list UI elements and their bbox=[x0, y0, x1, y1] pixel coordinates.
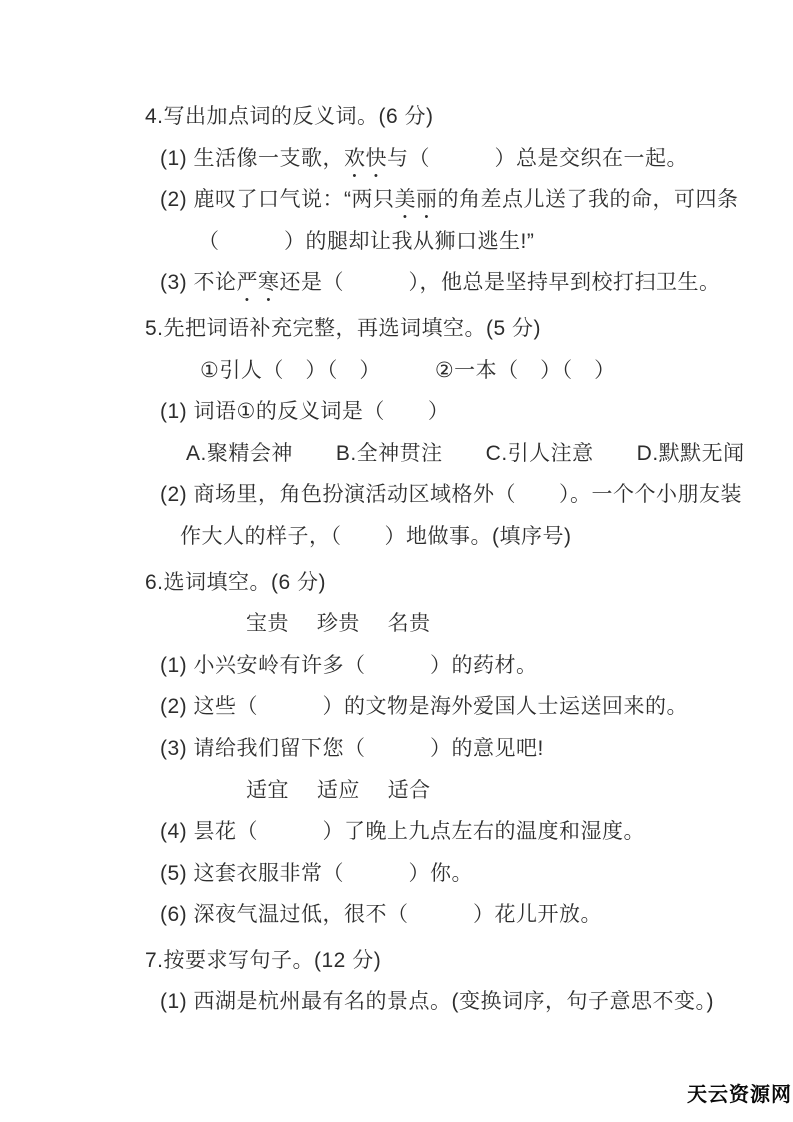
text-segment: (1) 生活像一支歌， bbox=[160, 147, 344, 170]
text-segment: 5.先把词语补充完整，再选词填空。(5 分) bbox=[145, 317, 541, 340]
text-segment: (2) 这些（ ）的文物是海外爱国人士运送回来的。 bbox=[160, 695, 688, 718]
text-segment: (2) 鹿叹了口气说：“两只 bbox=[160, 188, 395, 211]
q6-item-6: (6) 深夜气温过低，很不（ ）花儿开放。 bbox=[0, 894, 793, 936]
text-segment: (3) 不论 bbox=[160, 271, 237, 294]
q6-word-bank-1: 宝贵 珍贵 名贵 bbox=[0, 603, 793, 645]
text-segment: (3) 请给我们留下您（ ）的意见吧! bbox=[160, 737, 544, 760]
question-7-title: 7.按要求写句子。(12 分) bbox=[0, 940, 793, 982]
document-body: 4.写出加点词的反义词。(6 分)(1) 生活像一支歌，欢快与（ ）总是交织在一… bbox=[0, 96, 793, 1023]
text-segment: 与（ ）总是交织在一起。 bbox=[387, 147, 688, 170]
q6-word-bank-2: 适宜 适应 适合 bbox=[0, 770, 793, 812]
question-4-title: 4.写出加点词的反义词。(6 分) bbox=[0, 96, 793, 138]
text-segment: (1) 西湖是杭州最有名的景点。(变换词序，句子意思不变。) bbox=[160, 990, 714, 1013]
text-segment: (5) 这套衣服非常（ ）你。 bbox=[160, 862, 473, 885]
text-segment: 7.按要求写句子。(12 分) bbox=[145, 949, 381, 972]
text-segment: 还是（ ），他总是坚持早到校打扫卫生。 bbox=[280, 271, 721, 294]
q5-item-2-continued: 作大人的样子，（ ）地做事。(填序号) bbox=[0, 516, 793, 558]
q5-item-2: (2) 商场里，角色扮演活动区域格外（ ）。一个个小朋友装 bbox=[0, 474, 793, 516]
text-segment: (1) 词语①的反义词是（ ） bbox=[160, 400, 449, 423]
emphasized-word: 严寒 bbox=[237, 271, 280, 294]
text-segment: (6) 深夜气温过低，很不（ ）花儿开放。 bbox=[160, 903, 602, 926]
text-segment: (1) 小兴安岭有许多（ ）的药材。 bbox=[160, 654, 538, 677]
q6-item-2: (2) 这些（ ）的文物是海外爱国人士运送回来的。 bbox=[0, 686, 793, 728]
q5-item-1-options: A.聚精会神 B.全神贯注 C.引人注意 D.默默无闻 bbox=[0, 433, 793, 475]
text-segment: 的角差点儿送了我的命，可四条 bbox=[438, 188, 739, 211]
q4-item-1: (1) 生活像一支歌，欢快与（ ）总是交织在一起。 bbox=[0, 138, 793, 180]
q5-item-1: (1) 词语①的反义词是（ ） bbox=[0, 391, 793, 433]
q4-item-3: (3) 不论严寒还是（ ），他总是坚持早到校打扫卫生。 bbox=[0, 262, 793, 304]
text-segment: 宝贵 珍贵 名贵 bbox=[246, 612, 431, 635]
text-segment: 适宜 适应 适合 bbox=[246, 779, 431, 802]
text-segment: 4.写出加点词的反义词。(6 分) bbox=[145, 105, 434, 128]
emphasized-word: 美丽 bbox=[395, 188, 438, 211]
q6-item-1: (1) 小兴安岭有许多（ ）的药材。 bbox=[0, 645, 793, 687]
text-segment: 6.选词填空。(6 分) bbox=[145, 571, 326, 594]
exam-page: 4.写出加点词的反义词。(6 分)(1) 生活像一支歌，欢快与（ ）总是交织在一… bbox=[0, 0, 793, 1122]
q6-item-5: (5) 这套衣服非常（ ）你。 bbox=[0, 853, 793, 895]
emphasized-word: 欢快 bbox=[344, 147, 387, 170]
question-6-title: 6.选词填空。(6 分) bbox=[0, 562, 793, 604]
text-segment: ①引人（ ）（ ） ②一本（ ）（ ） bbox=[200, 359, 616, 382]
text-segment: A.聚精会神 B.全神贯注 C.引人注意 D.默默无闻 bbox=[186, 442, 745, 465]
watermark: 天云资源网 bbox=[687, 1078, 792, 1107]
q6-item-4: (4) 昙花（ ）了晚上九点左右的温度和湿度。 bbox=[0, 811, 793, 853]
q6-item-3: (3) 请给我们留下您（ ）的意见吧! bbox=[0, 728, 793, 770]
q4-item-2-continued: （ ）的腿却让我从狮口逃生!” bbox=[0, 221, 793, 263]
text-segment: 作大人的样子，（ ）地做事。(填序号) bbox=[180, 525, 572, 548]
q5-word-completion: ①引人（ ）（ ） ②一本（ ）（ ） bbox=[0, 350, 793, 392]
question-5-title: 5.先把词语补充完整，再选词填空。(5 分) bbox=[0, 308, 793, 350]
q7-item-1: (1) 西湖是杭州最有名的景点。(变换词序，句子意思不变。) bbox=[0, 981, 793, 1023]
q4-item-2: (2) 鹿叹了口气说：“两只美丽的角差点儿送了我的命，可四条 bbox=[0, 179, 793, 221]
text-segment: (4) 昙花（ ）了晚上九点左右的温度和湿度。 bbox=[160, 820, 645, 843]
text-segment: (2) 商场里，角色扮演活动区域格外（ ）。一个个小朋友装 bbox=[160, 483, 742, 506]
text-segment: （ ）的腿却让我从狮口逃生!” bbox=[198, 230, 534, 253]
